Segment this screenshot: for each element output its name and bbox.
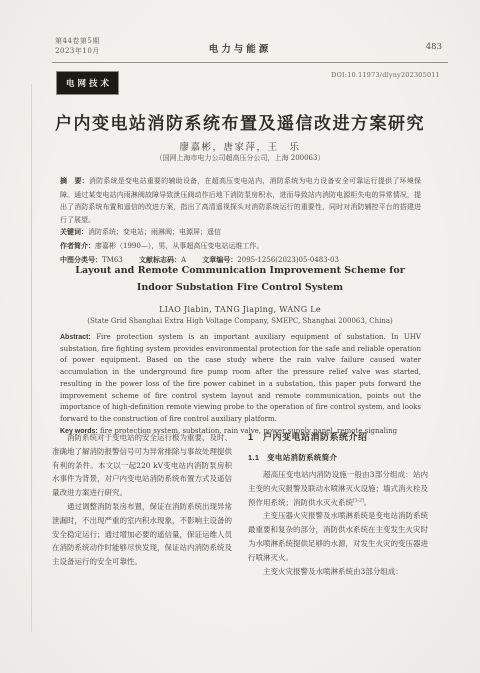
article-body: 消防系统对于变电站的安全运行极为重要，及时、准确地了解消防报警信号可为异常排除与…	[52, 424, 428, 578]
journal-header: 第44卷第5期 2023年10月 电力与能源 483	[0, 36, 480, 60]
body-paragraph: 消防系统对于变电站的安全运行极为重要，及时、准确地了解消防报警信号可为异常排除与…	[52, 431, 232, 500]
authors-zh: 廖嘉彬，唐家萍，王 乐	[0, 139, 480, 153]
page-number: 483	[426, 42, 442, 52]
article-title-en-line1: Layout and Remote Communication Improvem…	[0, 262, 480, 279]
keywords-label-zh: 关键词：	[60, 229, 88, 236]
article-title-zh: 户内变电站消防系统布置及遥信改进方案研究	[0, 109, 480, 134]
body-paragraph: 超高压变电站内消防设施一般由3部分组成：站内主变的火灾报警及联动水喷淋灭火设施；…	[248, 468, 428, 509]
right-column: 1 户内变电站消防系统介绍 1.1 变电站消防系统简介 超高压变电站内消防设施一…	[248, 424, 428, 578]
doi: DOI:10.11973/dlyny202305011	[331, 71, 440, 79]
author-bio-text: 廖嘉彬（1990—），男，从事超高压变电站运维工作。	[95, 242, 263, 250]
affiliation-zh: （国网上海市电力公司超高压分公司，上海 200063）	[0, 153, 480, 163]
abstract-en: Abstract: Fire protection system is an i…	[60, 332, 421, 426]
header-divider	[52, 62, 448, 63]
section-heading-1: 1 户内变电站消防系统介绍	[248, 430, 428, 443]
abstract-text-en: Fire protection system is an important a…	[60, 333, 421, 423]
citation-ref: [1-2]	[353, 498, 364, 503]
author-bio: 作者简介：廖嘉彬（1990—），男，从事超高压变电站运维工作。	[60, 240, 421, 254]
abstract-block-en: Abstract: Fire protection system is an i…	[60, 332, 421, 437]
affiliation-en: (State Grid Shanghai Extra High Voltage …	[0, 317, 480, 325]
abstract-label-en: Abstract:	[60, 334, 91, 341]
body-paragraph: 主变火灾报警及水喷淋系统由3部分组成：	[248, 565, 428, 579]
body-paragraph: 主变压器火灾报警及水喷淋系统是变电站消防系统最重要和复杂的部分，消防供水系统在主…	[248, 509, 428, 564]
keywords-text-zh: 消防系统；变电站；雨淋阀；电源屏；遥信	[88, 228, 221, 236]
journal-page: 第44卷第5期 2023年10月 电力与能源 483 DOI:10.11973/…	[0, 0, 480, 673]
authors-en: LIAO Jiabin, TANG Jiaping, WANG Le	[0, 305, 480, 314]
subsection-heading-1-1: 1.1 变电站消防系统简介	[248, 452, 428, 463]
author-bio-label: 作者简介：	[60, 243, 95, 250]
article-title-en-line2: Indoor Substation Fire Control System	[0, 279, 480, 296]
abstract-zh: 摘 要：消防系统是变电站重要的辅助设备，在超高压变电站内，消防系统为电力设备安全…	[60, 175, 421, 226]
abstract-label-zh: 摘 要：	[60, 178, 89, 185]
page-edge-shadow	[31, 84, 32, 632]
abstract-block-zh: 摘 要：消防系统是变电站重要的辅助设备，在超高压变电站内，消防系统为电力设备安全…	[60, 175, 421, 267]
column-badge: 电网技术	[57, 72, 118, 94]
abstract-text-zh: 消防系统是变电站重要的辅助设备，在超高压变电站内，消防系统为电力设备安全可靠运行…	[60, 177, 421, 224]
left-column: 消防系统对于变电站的安全运行极为重要，及时、准确地了解消防报警信号可为异常排除与…	[52, 424, 232, 578]
body-paragraph: 通过调整消防泵房布置，保证在消防系统出现异常泄漏时，不出现严重的室内积水现象，不…	[52, 500, 232, 569]
journal-name: 电力与能源	[0, 41, 480, 55]
keywords-zh: 关键词：消防系统；变电站；雨淋阀；电源屏；遥信	[60, 226, 421, 240]
english-header: Layout and Remote Communication Improvem…	[0, 262, 480, 325]
